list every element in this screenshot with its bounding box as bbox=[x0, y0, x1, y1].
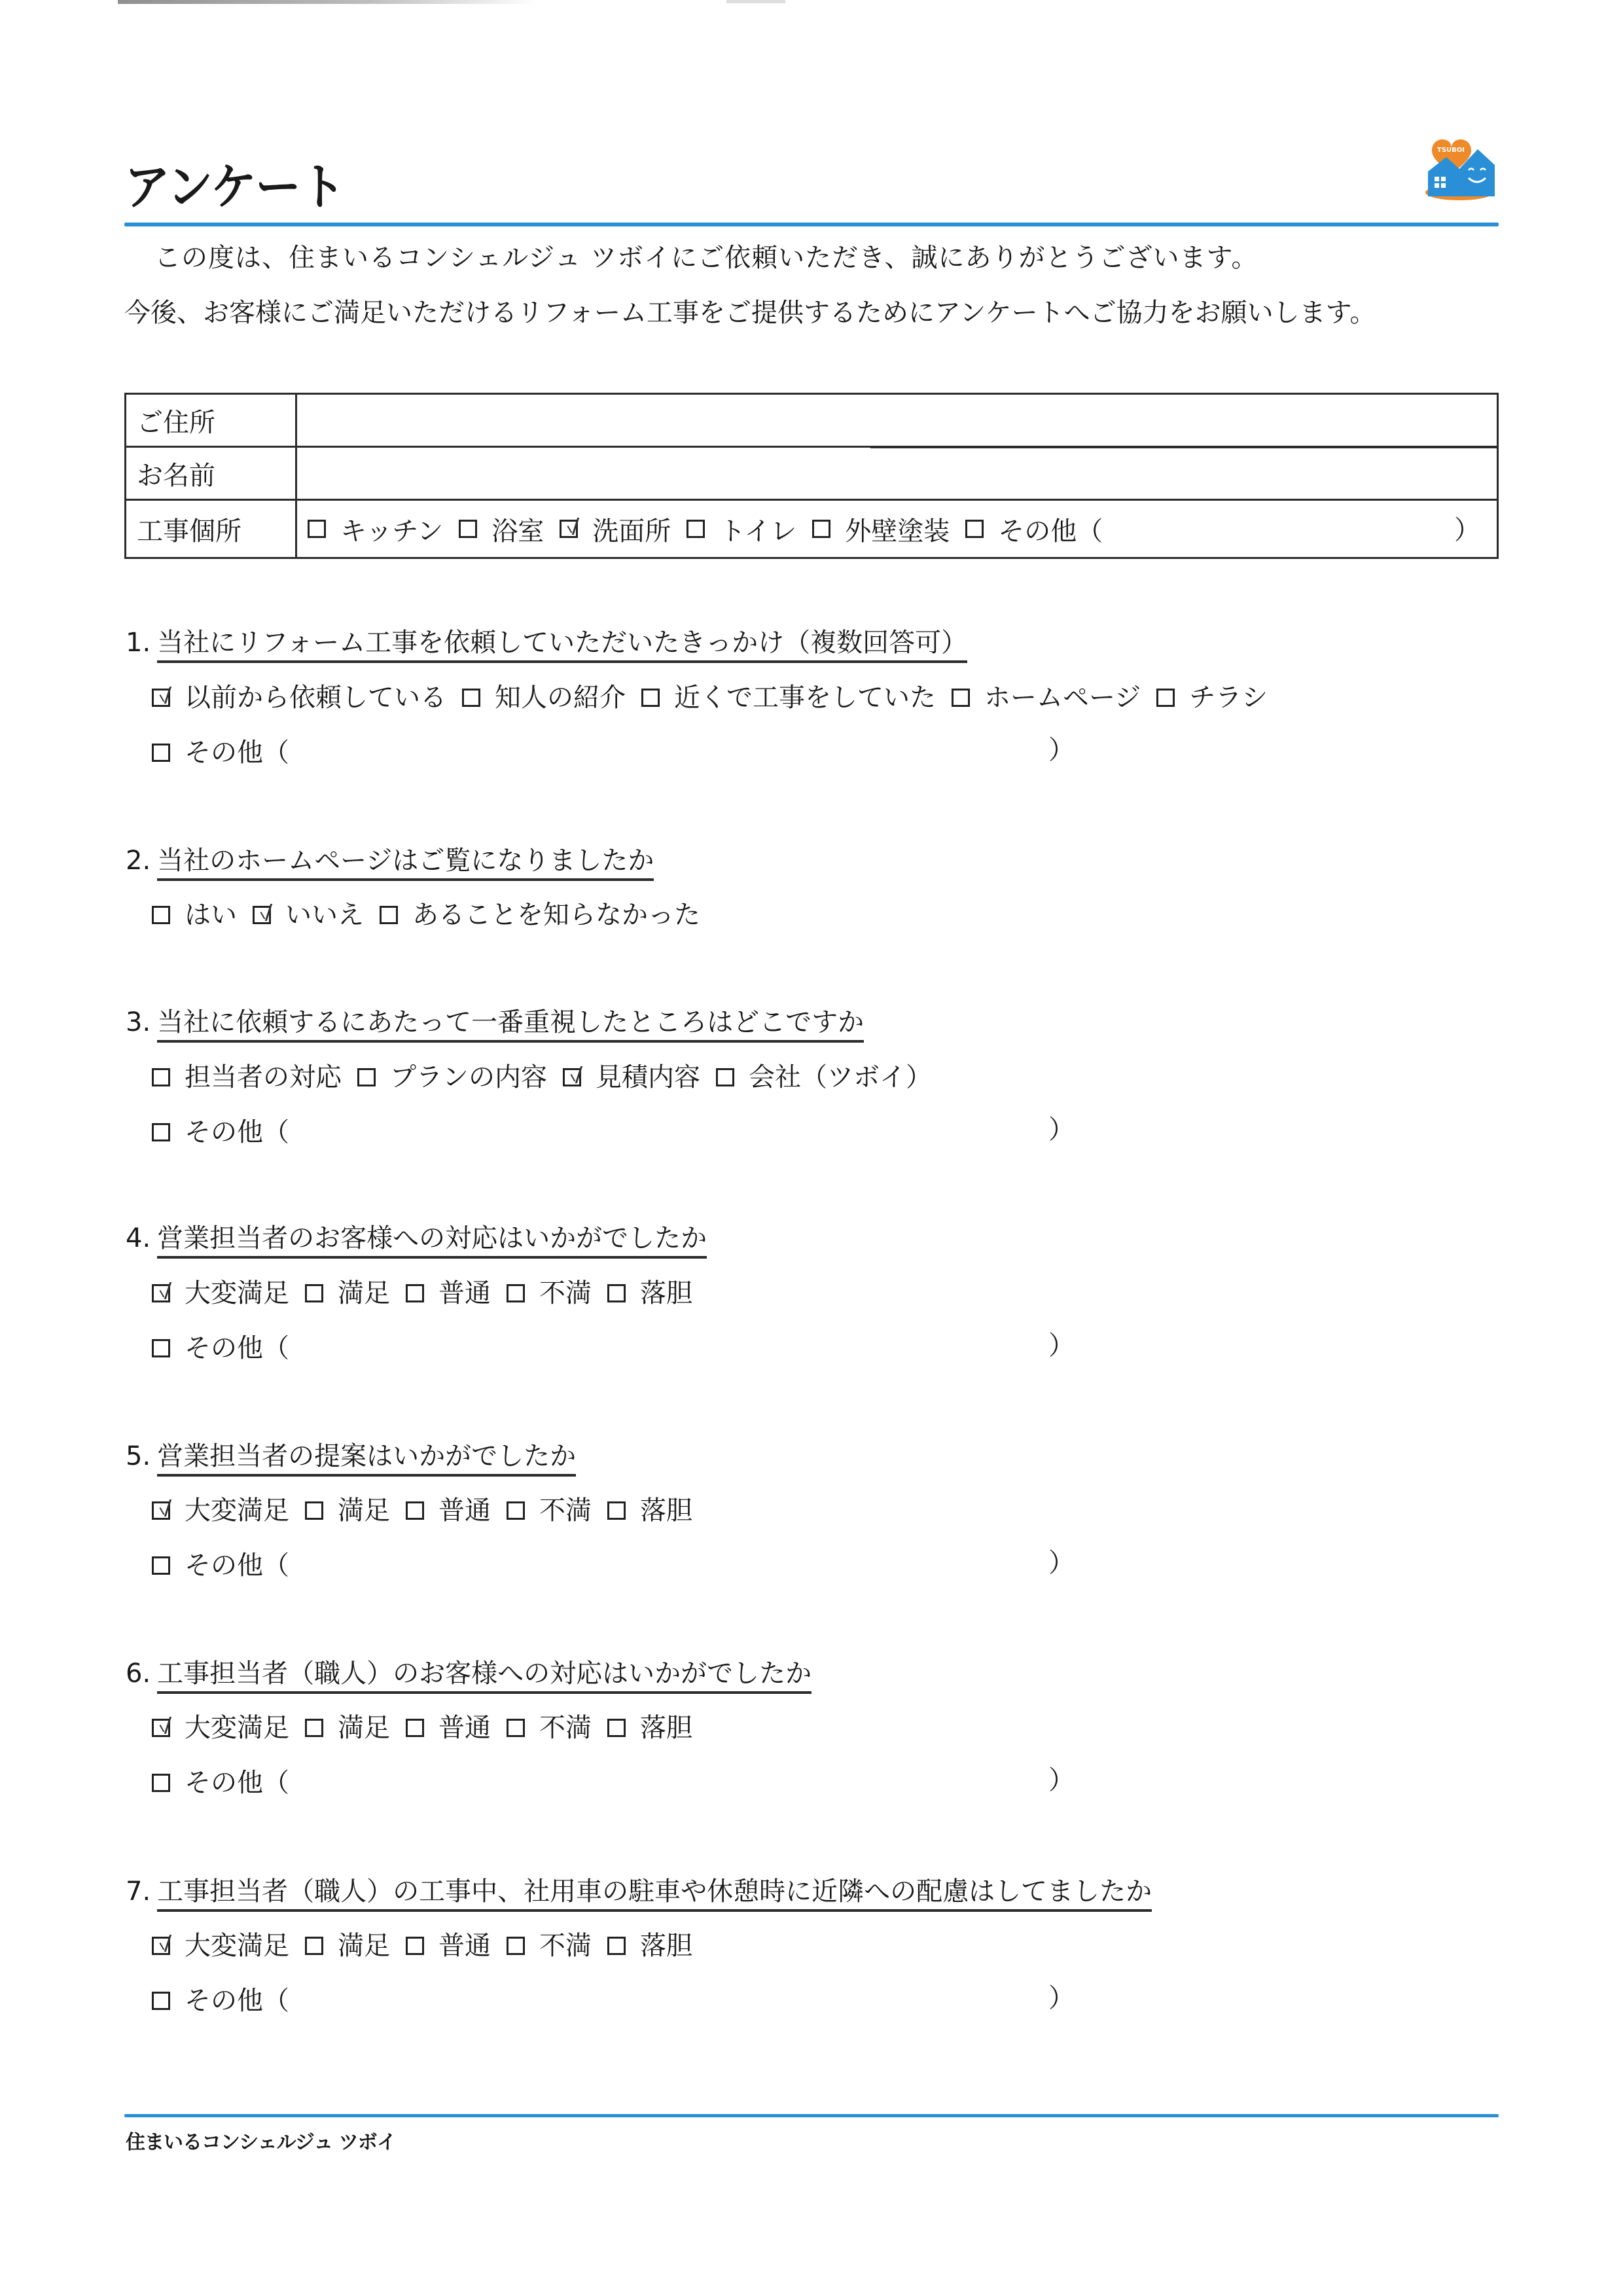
checkbox-icon[interactable] bbox=[406, 1937, 424, 1955]
checkbox-icon[interactable] bbox=[308, 520, 326, 538]
checkbox-icon[interactable] bbox=[357, 1068, 376, 1086]
checkbox-icon[interactable] bbox=[952, 689, 970, 707]
checkbox-icon[interactable] bbox=[305, 1284, 323, 1302]
q2-option-yes[interactable]: はい bbox=[152, 902, 237, 928]
q1-option-nearby-work[interactable]: 近くで工事をしていた bbox=[641, 685, 936, 711]
checkbox-icon[interactable] bbox=[152, 1774, 170, 1792]
location-option-toilet[interactable]: トイレ bbox=[687, 511, 796, 548]
checkbox-icon[interactable] bbox=[152, 1556, 170, 1575]
q6-option-dissatisfied[interactable]: 不満 bbox=[507, 1715, 592, 1741]
checkbox-icon[interactable] bbox=[687, 520, 705, 538]
checked-checkbox-icon[interactable] bbox=[152, 1937, 170, 1955]
checkbox-icon[interactable] bbox=[965, 520, 984, 538]
q7-option-other[interactable]: その他（ bbox=[152, 1988, 289, 2014]
checkbox-icon[interactable] bbox=[716, 1068, 734, 1086]
q6-option-satisfied[interactable]: 満足 bbox=[305, 1715, 390, 1741]
q1-option-previous-client[interactable]: 以前から依頼している bbox=[152, 685, 446, 711]
q1-option-flyer[interactable]: チラシ bbox=[1156, 685, 1268, 711]
intro-line-2: 今後、お客様にご満足いただけるリフォーム工事をご提供するためにアンケートへご協力… bbox=[124, 300, 1376, 326]
q1-other-close-paren: ） bbox=[1048, 737, 1075, 763]
question-4-title: 4.営業担当者のお客様への対応はいかがでしたか bbox=[126, 1225, 707, 1251]
checkbox-icon[interactable] bbox=[152, 1339, 170, 1357]
q5-option-dissatisfied[interactable]: 不満 bbox=[507, 1498, 592, 1524]
scan-edge-artifact bbox=[118, 0, 537, 4]
location-option-washroom[interactable]: 洗面所 bbox=[560, 511, 671, 548]
name-field[interactable] bbox=[296, 447, 1498, 500]
q5-option-average[interactable]: 普通 bbox=[406, 1498, 491, 1524]
checked-checkbox-icon[interactable] bbox=[253, 906, 271, 924]
tsuboi-logo-icon: TSUBOI bbox=[1420, 131, 1499, 203]
location-label: 工事個所 bbox=[126, 500, 296, 558]
q6-option-disappointed[interactable]: 落胆 bbox=[607, 1715, 692, 1741]
checkbox-icon[interactable] bbox=[641, 689, 660, 707]
checkbox-icon[interactable] bbox=[607, 1719, 626, 1737]
q1-option-referral[interactable]: 知人の紹介 bbox=[462, 685, 626, 711]
location-other-close-paren: ） bbox=[1454, 517, 1480, 543]
checkbox-icon[interactable] bbox=[380, 906, 398, 924]
q7-option-satisfied[interactable]: 満足 bbox=[305, 1933, 390, 1959]
q3-option-staff-response[interactable]: 担当者の対応 bbox=[152, 1064, 342, 1090]
checkbox-icon[interactable] bbox=[607, 1937, 626, 1955]
q5-option-satisfied[interactable]: 満足 bbox=[305, 1498, 390, 1524]
svg-text:TSUBOI: TSUBOI bbox=[1437, 147, 1465, 154]
location-option-exterior-paint[interactable]: 外壁塗装 bbox=[812, 511, 950, 548]
q5-option-other[interactable]: その他（ bbox=[152, 1552, 289, 1579]
checkbox-icon[interactable] bbox=[607, 1284, 626, 1302]
q3-option-plan[interactable]: プランの内容 bbox=[357, 1064, 547, 1090]
checkbox-icon[interactable] bbox=[1156, 689, 1175, 707]
q6-option-other[interactable]: その他（ bbox=[152, 1770, 289, 1796]
checkbox-icon[interactable] bbox=[607, 1501, 626, 1520]
checkbox-icon[interactable] bbox=[812, 520, 830, 538]
q4-option-satisfied[interactable]: 満足 bbox=[305, 1280, 390, 1306]
question-2-title: 2.当社のホームページはご覧になりましたか bbox=[126, 848, 654, 874]
q2-option-no[interactable]: いいえ bbox=[253, 902, 364, 928]
q7-option-average[interactable]: 普通 bbox=[406, 1933, 491, 1959]
location-option-kitchen[interactable]: キッチン bbox=[308, 511, 443, 548]
checkbox-icon[interactable] bbox=[507, 1501, 525, 1520]
checkbox-icon[interactable] bbox=[507, 1284, 525, 1302]
q4-option-very-satisfied[interactable]: 大変満足 bbox=[152, 1280, 289, 1306]
question-3-title: 3.当社に依頼するにあたって一番重視したところはどこですか bbox=[126, 1009, 864, 1035]
checkbox-icon[interactable] bbox=[305, 1719, 323, 1737]
location-option-bath[interactable]: 浴室 bbox=[459, 511, 544, 548]
q6-option-very-satisfied[interactable]: 大変満足 bbox=[152, 1715, 289, 1741]
address-underline bbox=[870, 446, 1499, 448]
q4-option-dissatisfied[interactable]: 不満 bbox=[507, 1280, 592, 1306]
question-5-options: 大変満足 満足 普通 不満 落胆 bbox=[152, 1498, 708, 1524]
checked-checkbox-icon[interactable] bbox=[152, 1284, 170, 1302]
question-7-options: 大変満足 満足 普通 不満 落胆 bbox=[152, 1933, 708, 1959]
question-1-title: 1.当社にリフォーム工事を依頼していただいたきっかけ（複数回答可） bbox=[126, 630, 967, 656]
q3-other-close-paren: ） bbox=[1048, 1117, 1075, 1143]
q1-option-homepage[interactable]: ホームページ bbox=[952, 685, 1141, 711]
checked-checkbox-icon[interactable] bbox=[563, 1068, 581, 1086]
q1-option-other[interactable]: その他（ bbox=[152, 740, 289, 766]
checkbox-icon[interactable] bbox=[152, 906, 170, 924]
checkbox-icon[interactable] bbox=[406, 1284, 424, 1302]
q7-other-close-paren: ） bbox=[1048, 1985, 1075, 2011]
q3-option-estimate[interactable]: 見積内容 bbox=[563, 1064, 700, 1090]
q4-option-other[interactable]: その他（ bbox=[152, 1335, 289, 1361]
checkbox-icon[interactable] bbox=[152, 744, 170, 762]
question-7-title: 7.工事担当者（職人）の工事中、社用車の駐車や休憩時に近隣への配慮はしてましたか bbox=[126, 1878, 1152, 1905]
q4-option-average[interactable]: 普通 bbox=[406, 1280, 491, 1306]
question-6-title: 6.工事担当者（職人）のお客様への対応はいかがでしたか bbox=[126, 1660, 811, 1687]
question-4-options: 大変満足 満足 普通 不満 落胆 bbox=[152, 1280, 708, 1306]
intro-line-1: この度は、住まいるコンシェルジュ ツボイにご依頼いただき、誠にありがとうございま… bbox=[154, 245, 1258, 271]
q4-other-close-paren: ） bbox=[1048, 1333, 1075, 1359]
footer-divider bbox=[124, 2114, 1499, 2117]
q7-option-disappointed[interactable]: 落胆 bbox=[607, 1933, 692, 1959]
question-2-options: はい いいえ あることを知らなかった bbox=[152, 902, 716, 928]
q6-other-close-paren: ） bbox=[1048, 1767, 1075, 1793]
checkbox-icon[interactable] bbox=[507, 1937, 525, 1955]
checkbox-icon[interactable] bbox=[152, 1992, 170, 2010]
q7-option-very-satisfied[interactable]: 大変満足 bbox=[152, 1933, 289, 1959]
q5-other-close-paren: ） bbox=[1048, 1550, 1075, 1576]
address-field[interactable] bbox=[296, 394, 1498, 447]
question-5-title: 5.営業担当者の提案はいかがでしたか bbox=[126, 1443, 576, 1469]
question-1-options: 以前から依頼している 知人の紹介 近くで工事をしていた ホームページ チラシ bbox=[152, 685, 1283, 711]
address-label: ご住所 bbox=[126, 394, 296, 447]
checkbox-icon[interactable] bbox=[462, 689, 480, 707]
checked-checkbox-icon[interactable] bbox=[152, 689, 170, 707]
checked-checkbox-icon[interactable] bbox=[560, 520, 578, 538]
q3-option-other[interactable]: その他（ bbox=[152, 1119, 289, 1145]
name-label: お名前 bbox=[126, 447, 296, 500]
checkbox-icon[interactable] bbox=[406, 1501, 424, 1520]
checkbox-icon[interactable] bbox=[152, 1123, 170, 1141]
footer-company-name: 住まいるコンシェルジュ ツボイ bbox=[126, 2126, 396, 2155]
scan-edge-artifact bbox=[726, 0, 785, 3]
checkbox-icon[interactable] bbox=[152, 1068, 170, 1086]
checkbox-icon[interactable] bbox=[507, 1719, 525, 1737]
checkbox-icon[interactable] bbox=[406, 1719, 424, 1737]
page-title: アンケート bbox=[124, 162, 344, 212]
q6-option-average[interactable]: 普通 bbox=[406, 1715, 491, 1741]
question-3-options: 担当者の対応 プランの内容 見積内容 会社（ツボイ） bbox=[152, 1064, 948, 1090]
customer-info-table: ご住所 お名前 工事個所 キッチン 浴室 洗面所 トイレ 外壁塗装 その他（ bbox=[124, 393, 1499, 559]
checkbox-icon[interactable] bbox=[305, 1937, 323, 1955]
q5-option-disappointed[interactable]: 落胆 bbox=[607, 1498, 692, 1524]
checkbox-icon[interactable] bbox=[459, 520, 477, 538]
q3-option-company[interactable]: 会社（ツボイ） bbox=[716, 1064, 932, 1090]
q4-option-disappointed[interactable]: 落胆 bbox=[607, 1280, 692, 1306]
q5-option-very-satisfied[interactable]: 大変満足 bbox=[152, 1498, 289, 1524]
checked-checkbox-icon[interactable] bbox=[152, 1501, 170, 1520]
header-divider bbox=[124, 223, 1499, 226]
q7-option-dissatisfied[interactable]: 不満 bbox=[507, 1933, 592, 1959]
q2-option-unaware[interactable]: あることを知らなかった bbox=[380, 902, 700, 928]
location-options: キッチン 浴室 洗面所 トイレ 外壁塗装 その他（ bbox=[296, 500, 1498, 558]
location-option-other[interactable]: その他（ bbox=[965, 511, 1103, 548]
checkbox-icon[interactable] bbox=[305, 1501, 323, 1520]
question-6-options: 大変満足 満足 普通 不満 落胆 bbox=[152, 1715, 708, 1741]
checked-checkbox-icon[interactable] bbox=[152, 1719, 170, 1737]
